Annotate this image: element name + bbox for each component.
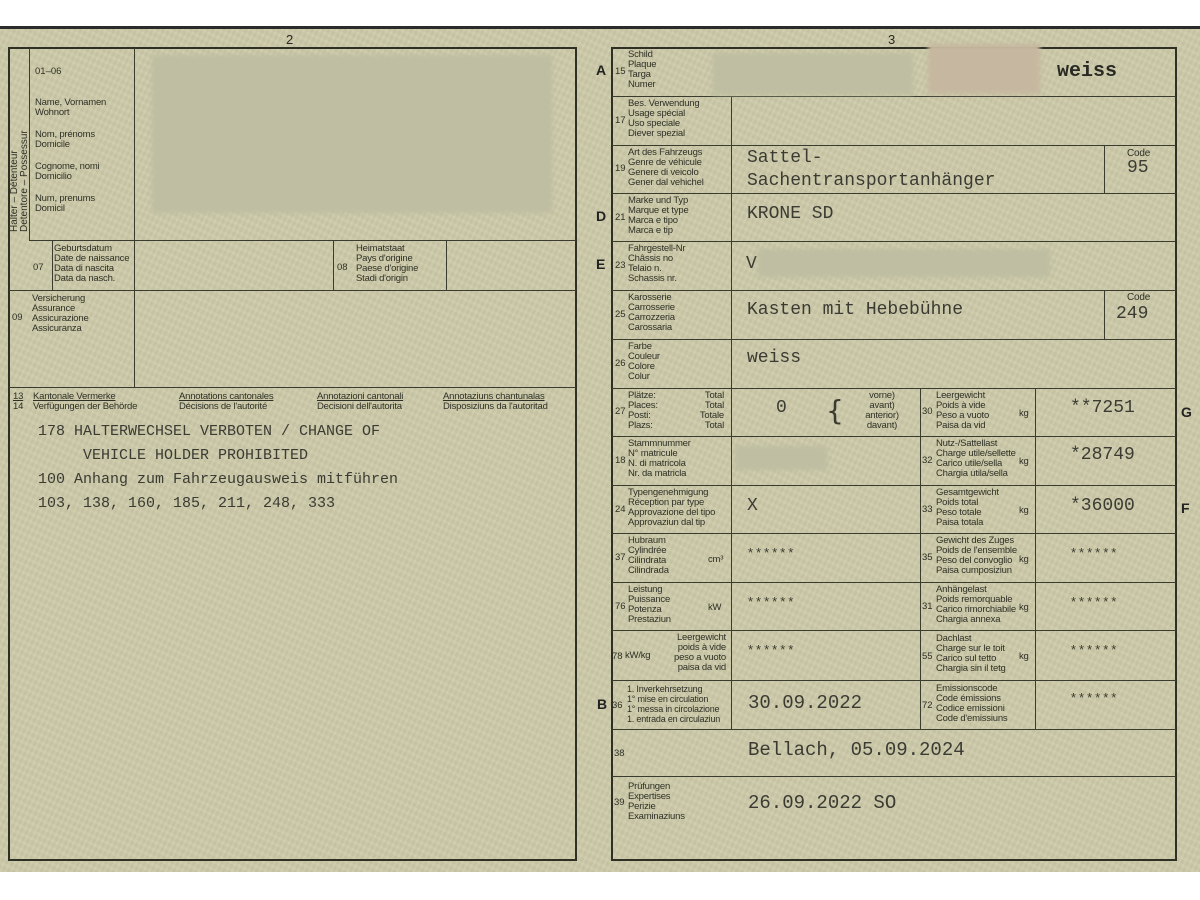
page-number-left: 2 xyxy=(286,32,293,47)
field-23-number: 23 xyxy=(615,260,626,271)
field-31-number: 31 xyxy=(922,601,933,612)
redacted-matricule xyxy=(735,446,827,470)
annotation-header-rm: Annotaziuns chantunalasDisposiziuns da l… xyxy=(443,392,548,412)
redacted-chassis-number xyxy=(758,249,1050,277)
divider xyxy=(612,388,1176,389)
field-76-unit: kW xyxy=(708,603,721,613)
divider xyxy=(1104,291,1105,339)
field-33-unit: kg xyxy=(1019,506,1029,516)
field-01-06-number: 01–06 xyxy=(35,66,61,77)
field-27-number: 27 xyxy=(615,406,626,417)
field-39-value: 26.09.2022 SO xyxy=(748,792,896,814)
field-35-unit: kg xyxy=(1019,555,1029,565)
field-36-value: 30.09.2022 xyxy=(748,692,862,714)
field-25-number: 25 xyxy=(615,309,626,320)
field-21-labels: Marke und TypMarque et typeMarca e tipoM… xyxy=(628,196,689,236)
divider xyxy=(612,339,1176,340)
field-76-labels: LeistungPuissancePotenzaPrestaziun xyxy=(628,585,671,625)
annotations-text: 178 HALTERWECHSEL VERBOTEN / CHANGE OF V… xyxy=(38,420,398,516)
field-33-letter: F xyxy=(1181,500,1190,516)
field-38-value: Bellach, 05.09.2024 xyxy=(748,739,965,761)
field-32-value: *28749 xyxy=(1070,445,1135,465)
annotation-header-it: Annotazioni cantonaliDecisioni dell'auto… xyxy=(317,392,403,412)
annotation-header-de: Kantonale VermerkeVerfügungen der Behörd… xyxy=(33,392,137,412)
field-21-letter: D xyxy=(596,208,606,224)
divider xyxy=(612,436,1176,437)
field-27-front-labels: vorne)avant)anterior)davant) xyxy=(856,391,908,431)
field-30-letter: G xyxy=(1181,404,1192,420)
field-35-number: 35 xyxy=(922,552,933,563)
field-18-number: 18 xyxy=(615,455,626,466)
divider xyxy=(9,387,576,388)
redacted-plate-number xyxy=(713,53,913,95)
field-39-number: 39 xyxy=(614,797,625,808)
divider xyxy=(612,680,1176,681)
field-27-totals: TotalTotalTotaleTotal xyxy=(694,391,724,431)
field-holder-labels: Name, VornamenWohnort Nom, prénomsDomici… xyxy=(35,98,106,214)
field-35-value: ****** xyxy=(1071,545,1119,560)
divider xyxy=(612,776,1176,777)
field-17-number: 17 xyxy=(615,115,626,126)
field-37-unit: cm³ xyxy=(708,555,723,565)
field-72-number: 72 xyxy=(922,700,933,711)
field-32-unit: kg xyxy=(1019,457,1029,467)
divider xyxy=(29,240,576,241)
field-09-number: 09 xyxy=(12,312,23,323)
field-37-number: 37 xyxy=(615,552,626,563)
field-76-value: ****** xyxy=(748,594,796,609)
field-31-value: ****** xyxy=(1071,594,1119,609)
divider xyxy=(612,193,1176,194)
divider xyxy=(333,241,334,290)
field-32-labels: Nutz-/SattellastCharge utile/selletteCar… xyxy=(936,439,1016,479)
field-25-code: 249 xyxy=(1116,304,1148,324)
field-55-labels: DachlastCharge sur le toitCarico sul tet… xyxy=(936,634,1006,674)
annotation-header-fr: Annotations cantonalesDécisions de l'aut… xyxy=(179,392,273,412)
field-38-number: 38 xyxy=(614,748,625,759)
holder-vertical-label-2: Detentore – Possessur xyxy=(20,130,30,232)
divider xyxy=(920,389,921,729)
field-07-number: 07 xyxy=(33,262,44,273)
field-78-value: ****** xyxy=(748,642,796,657)
field-07-labels: GeburtsdatumDate de naissanceData di nas… xyxy=(54,244,129,284)
divider xyxy=(612,290,1176,291)
field-23-letter: E xyxy=(596,256,605,272)
field-33-number: 33 xyxy=(922,504,933,515)
field-26-value: weiss xyxy=(747,348,801,368)
redacted-plate-canton xyxy=(928,44,1040,94)
divider xyxy=(612,145,1176,146)
field-78-unit-label: kW/kg xyxy=(625,651,650,661)
field-33-value: *36000 xyxy=(1070,496,1135,516)
field-08-labels: HeimatstaatPays d'originePaese d'origine… xyxy=(356,244,418,284)
divider xyxy=(134,241,135,290)
field-55-value: ****** xyxy=(1071,642,1119,657)
field-23-labels: Fahrgestell-NrChâssis noTelaio n.Schassi… xyxy=(628,244,685,284)
field-27-value: 0 xyxy=(776,398,787,418)
field-25-labels: KarosserieCarrosserieCarrozzeriaCarossar… xyxy=(628,293,675,333)
field-24-labels: TypengenehmigungRéception par typeApprov… xyxy=(628,488,715,528)
redacted-holder-name xyxy=(152,55,552,213)
field-27-labels: Plätze:Places:Posti:Plazs: xyxy=(628,391,658,431)
page-number-right: 3 xyxy=(888,32,895,47)
field-19-labels: Art des FahrzeugsGenre de véhiculeGenere… xyxy=(628,148,704,188)
field-09-labels: VersicherungAssuranceAssicurazioneAssicu… xyxy=(32,294,89,334)
divider xyxy=(612,582,1176,583)
field-24-value: X xyxy=(747,496,758,516)
field-36-labels: 1. Inverkehrsetzung1° mise en circulatio… xyxy=(627,684,720,724)
field-15-letter: A xyxy=(596,62,606,78)
field-30-unit: kg xyxy=(1019,409,1029,419)
divider xyxy=(612,630,1176,631)
field-37-labels: HubraumCylindréeCilindrataCilindrada xyxy=(628,536,669,576)
field-31-labels: AnhängelastPoids remorquableCarico rimor… xyxy=(936,585,1016,625)
field-36-number: 36 xyxy=(612,700,623,711)
brace-icon: { xyxy=(826,391,844,431)
field-15-labels: SchildPlaqueTargaNumer xyxy=(628,50,656,90)
field-39-labels: PrüfungenExpertisesPerizieExaminaziuns xyxy=(628,782,685,822)
field-08-number: 08 xyxy=(337,262,348,273)
divider xyxy=(612,96,1176,97)
divider xyxy=(1035,389,1036,729)
divider xyxy=(612,241,1176,242)
divider xyxy=(612,729,1176,730)
field-76-number: 76 xyxy=(615,601,626,612)
field-23-value: V xyxy=(746,254,757,274)
field-24-number: 24 xyxy=(615,504,626,515)
field-17-labels: Bes. VerwendungUsage spécialUso speciale… xyxy=(628,99,699,139)
divider xyxy=(1104,146,1105,193)
field-19-number: 19 xyxy=(615,163,626,174)
field-26-labels: FarbeCouleurColoreColur xyxy=(628,342,660,382)
field-35-labels: Gewicht des ZugesPoids de l'ensemblePeso… xyxy=(936,536,1017,576)
field-19-code: 95 xyxy=(1127,158,1149,178)
field-26-number: 26 xyxy=(615,358,626,369)
divider xyxy=(134,291,135,387)
divider xyxy=(731,97,732,729)
field-15-number: 15 xyxy=(615,66,626,77)
divider xyxy=(446,241,447,290)
divider xyxy=(134,48,135,240)
field-30-value: **7251 xyxy=(1070,398,1135,418)
field-21-number: 21 xyxy=(615,212,626,223)
field-33-labels: GesamtgewichtPoids totalPeso totalePaisa… xyxy=(936,488,999,528)
field-37-value: ****** xyxy=(748,545,796,560)
field-78-number: 78 xyxy=(612,651,623,662)
field-72-labels: EmissionscodeCode émissionsCodice emissi… xyxy=(936,684,1007,724)
field-78-labels: Leergewichtpoids à videpeso a vuotopaisa… xyxy=(670,633,726,673)
field-32-number: 32 xyxy=(922,455,933,466)
divider xyxy=(612,485,1176,486)
field-15-value: weiss xyxy=(1057,60,1117,83)
field-19-value: Sattel-Sachentransportanhänger xyxy=(747,147,995,193)
divider xyxy=(52,241,53,290)
field-30-labels: LeergewichtPoids à videPeso a vuotoPaisa… xyxy=(936,391,989,431)
field-31-unit: kg xyxy=(1019,603,1029,613)
field-13-14-numbers: 1314 xyxy=(13,392,23,412)
field-25-value: Kasten mit Hebebühne xyxy=(747,300,963,320)
field-18-labels: StammnummerN° matriculeN. di matricolaNr… xyxy=(628,439,691,479)
field-25-code-label: Code xyxy=(1127,293,1150,303)
field-55-number: 55 xyxy=(922,651,933,662)
field-21-value: KRONE SD xyxy=(747,204,833,224)
field-55-unit: kg xyxy=(1019,652,1029,662)
divider xyxy=(9,290,576,291)
field-36-letter: B xyxy=(597,696,607,712)
field-72-value: ****** xyxy=(1071,690,1119,705)
field-30-number: 30 xyxy=(922,406,933,417)
divider xyxy=(612,533,1176,534)
